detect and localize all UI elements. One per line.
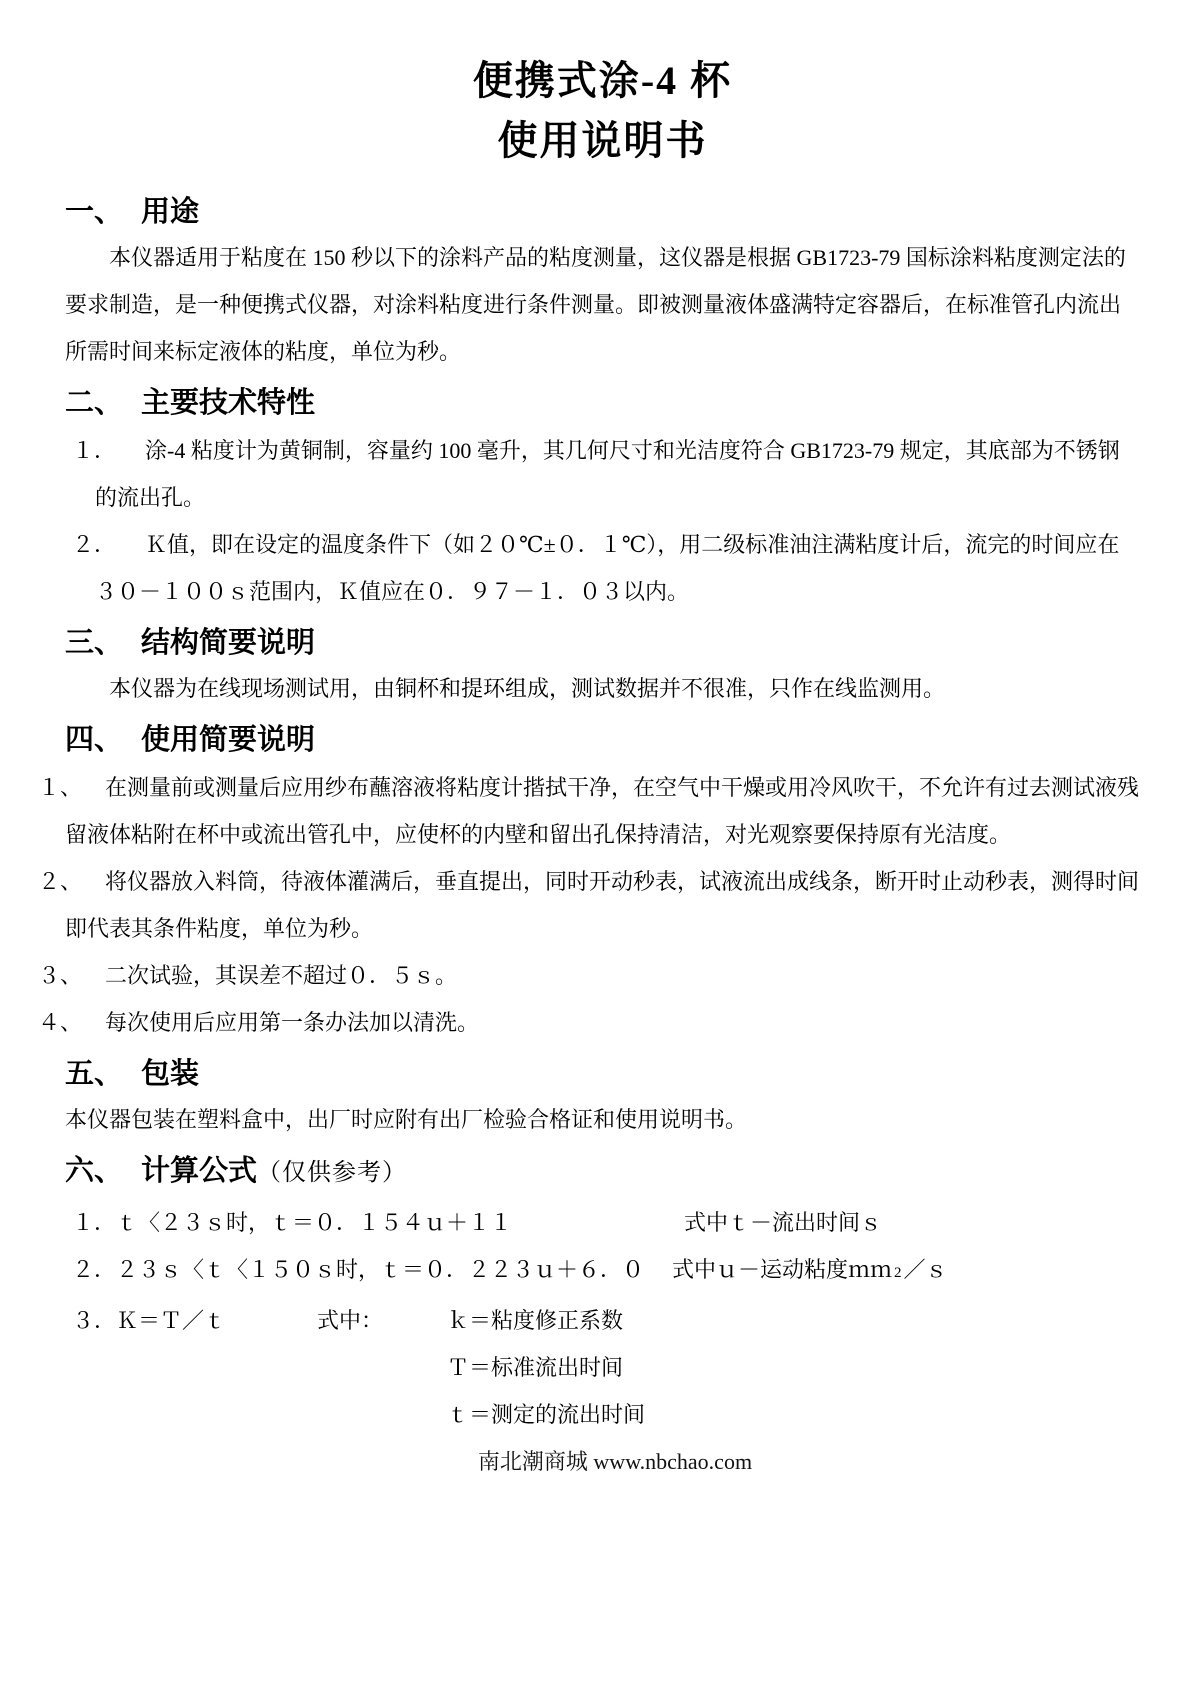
formula-row-2: ２．２３ｓ〈ｔ〈１５０ｓ时，ｔ＝０．２２３ｕ＋６．０式中ｕ－运动粘度ｍｍ2／ｓ <box>65 1246 1140 1297</box>
formula-1-expression: １．ｔ〈２３ｓ时，ｔ＝０．１５４ｕ＋１１ <box>72 1199 684 1246</box>
formula-3-legend-k: ｋ＝粘度修正系数 <box>447 1308 623 1333</box>
formula-3-expression: ３．Ｋ＝Ｔ／ｔ <box>72 1297 317 1344</box>
doc-title-line1: 便携式涂-4 杯 <box>65 56 1140 106</box>
section-number: 一、 <box>65 196 123 228</box>
footer-source-text: 南北潮商城 www.nbchao.com <box>65 1438 1140 1485</box>
section-heading-formulas: 六、计算公式（仅供参考） <box>65 1151 1140 1193</box>
structure-paragraph: 本仪器为在线现场测试用，由铜杯和提环组成，测试数据并不很准，只作在线监测用。 <box>65 665 1140 712</box>
item-label: ２、 <box>38 869 82 894</box>
item-label: ２． <box>72 532 116 557</box>
formula-2-unit-exponent: 2 <box>892 1265 904 1281</box>
formula-2-legend: 式中ｕ－运动粘度ｍｍ <box>672 1257 892 1282</box>
usage-item-3: ３、二次试验，其误差不超过０．５ｓ。 <box>65 952 1140 999</box>
section-title: 主要技术特性 <box>141 387 315 419</box>
tech-spec-item-1: １．涂-4 粘度计为黄铜制，容量约 100 毫升，其几何尺寸和光洁度符合 GB1… <box>95 427 1140 521</box>
item-text: 每次使用后应用第一条办法加以清洗。 <box>105 1010 479 1035</box>
section-number: 六、 <box>65 1155 123 1187</box>
section-title: 用途 <box>141 196 199 228</box>
formula-2-expression: ２．２３ｓ〈ｔ〈１５０ｓ时，ｔ＝０．２２３ｕ＋６．０ <box>72 1257 644 1282</box>
section-number: 二、 <box>65 387 123 419</box>
tech-spec-item-2: ２．Ｋ值，即在设定的温度条件下（如２０℃±０．１℃），用二级标准油注满粘度计后，… <box>95 521 1140 615</box>
item-text: 将仪器放入料筒，待液体灌满后，垂直提出，同时开动秒表，试液流出成线条，断开时止动… <box>65 869 1139 941</box>
formula-2-unit-suffix: ／ｓ <box>904 1257 948 1282</box>
item-text: 在测量前或测量后应用纱布蘸溶液将粘度计揩拭干净，在空气中干燥或用冷风吹干，不允许… <box>65 775 1139 847</box>
item-label: ３、 <box>38 963 82 988</box>
section-heading-usage-instructions: 四、使用简要说明 <box>65 720 1140 760</box>
section-heading-purpose: 一、用途 <box>65 192 1140 232</box>
formula-legend-t: ｔ＝测定的流出时间 <box>65 1391 1140 1438</box>
section-title: 结构简要说明 <box>141 627 315 659</box>
packaging-paragraph: 本仪器包装在塑料盒中，出厂时应附有出厂检验合格证和使用说明书。 <box>65 1096 1140 1143</box>
section-title: 包装 <box>141 1058 199 1090</box>
doc-title-line2: 使用说明书 <box>65 116 1140 166</box>
usage-item-1: １、在测量前或测量后应用纱布蘸溶液将粘度计揩拭干净，在空气中干燥或用冷风吹干，不… <box>65 764 1140 858</box>
section-heading-packaging: 五、包装 <box>65 1054 1140 1094</box>
section-heading-tech-specs: 二、主要技术特性 <box>65 383 1140 423</box>
item-label: ４、 <box>38 1010 82 1035</box>
item-label: １、 <box>38 775 82 800</box>
formula-legend-T: Ｔ＝标准流出时间 <box>65 1344 1140 1391</box>
formula-3-where-label: 式中： <box>317 1297 447 1344</box>
section-title: 计算公式 <box>141 1155 257 1187</box>
usage-item-2: ２、将仪器放入料筒，待液体灌满后，垂直提出，同时开动秒表，试液流出成线条，断开时… <box>65 858 1140 952</box>
item-label: １． <box>72 438 116 463</box>
item-text: 二次试验，其误差不超过０．５ｓ。 <box>105 963 457 988</box>
section-number: 三、 <box>65 627 123 659</box>
document-page: 便携式涂-4 杯 使用说明书 一、用途 本仪器适用于粘度在 150 秒以下的涂料… <box>0 0 1200 1697</box>
section-note: （仅供参考） <box>257 1160 407 1186</box>
section-number: 四、 <box>65 724 123 756</box>
purpose-paragraph: 本仪器适用于粘度在 150 秒以下的涂料产品的粘度测量，这仪器是根据 GB172… <box>65 234 1140 375</box>
formula-row-1: １．ｔ〈２３ｓ时，ｔ＝０．１５４ｕ＋１１式中ｔ－流出时间ｓ <box>65 1199 1140 1246</box>
usage-item-4: ４、每次使用后应用第一条办法加以清洗。 <box>65 999 1140 1046</box>
section-heading-structure: 三、结构简要说明 <box>65 623 1140 663</box>
section-title: 使用简要说明 <box>141 724 315 756</box>
formula-row-3: ３．Ｋ＝Ｔ／ｔ式中：ｋ＝粘度修正系数 <box>65 1297 1140 1344</box>
section-number: 五、 <box>65 1058 123 1090</box>
formula-1-legend: 式中ｔ－流出时间ｓ <box>684 1210 882 1235</box>
item-text: Ｋ值，即在设定的温度条件下（如２０℃±０．１℃），用二级标准油注满粘度计后，流完… <box>95 532 1119 604</box>
item-text: 涂-4 粘度计为黄铜制，容量约 100 毫升，其几何尺寸和光洁度符合 GB172… <box>95 438 1120 510</box>
